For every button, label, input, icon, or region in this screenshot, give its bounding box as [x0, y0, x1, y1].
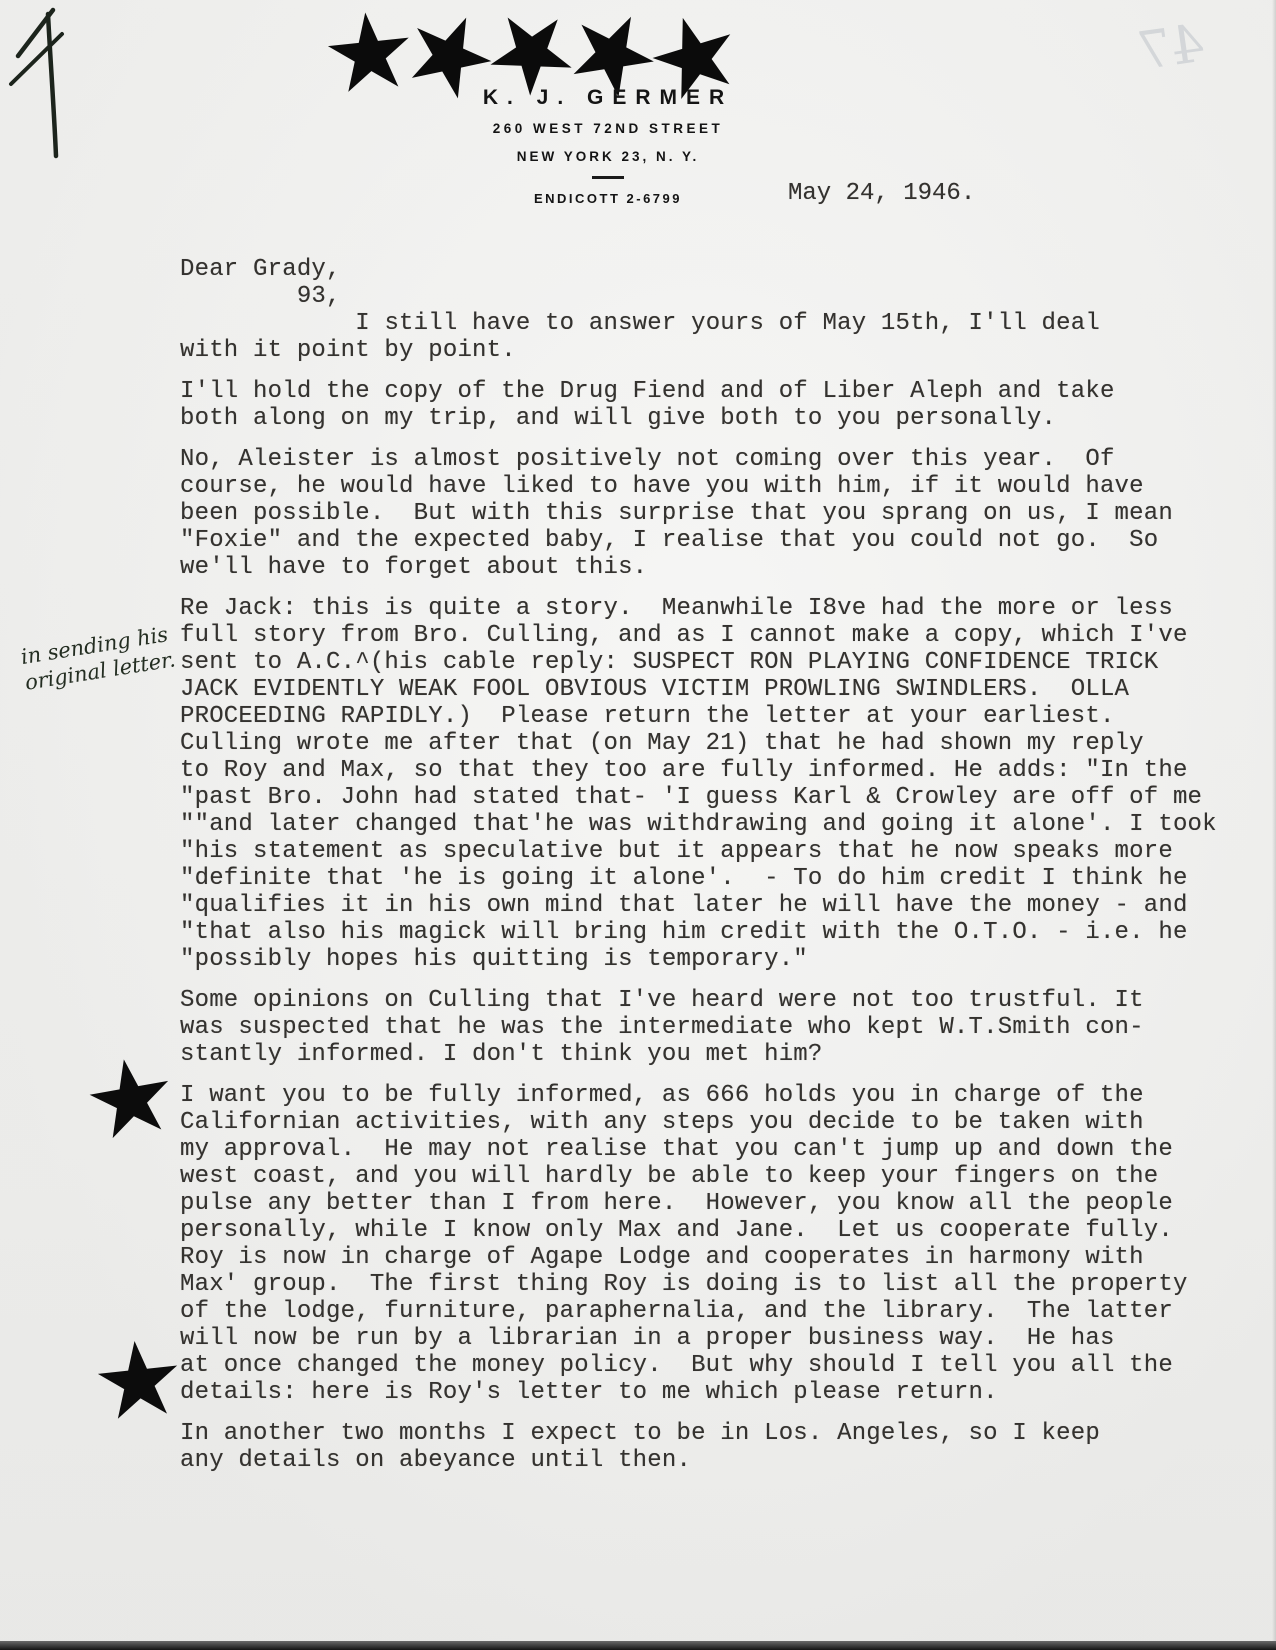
scanned-letter-page: 47 ★ ★ ★ ★ ★ K. J. GERMER 260 WEST 72ND … [0, 0, 1276, 1650]
letter-paragraph-fully-informed: I want you to be fully informed, as 666 … [180, 1082, 1226, 1406]
letterhead-name: K. J. GERMER [0, 86, 1216, 110]
letter-paragraph-los-angeles: In another two months I expect to be in … [180, 1420, 1226, 1474]
letterhead-street: 260 WEST 72ND STREET [0, 121, 1216, 136]
margin-star-icon: ★ [87, 1325, 190, 1434]
letter-paragraph-aleister: No, Aleister is almost positively not co… [180, 446, 1226, 581]
letterhead-city: NEW YORK 23, N. Y. [0, 149, 1216, 164]
letter-date: May 24, 1946. [788, 180, 975, 207]
handwritten-margin-note: in sending his original letter. [19, 616, 205, 696]
letter-paragraph-salutation: Dear Grady, 93, I still have to answer y… [180, 256, 1226, 364]
scan-right-edge [1272, 0, 1276, 1650]
letter-paragraph-drug-fiend: I'll hold the copy of the Drug Fiend and… [180, 378, 1226, 432]
letterhead-phone: ENDICOTT 2-6799 [0, 191, 1216, 206]
scan-bottom-edge [0, 1641, 1276, 1650]
letter-paragraph-re-jack: Re Jack: this is quite a story. Meanwhil… [180, 595, 1226, 973]
letter-paragraph-culling-opinions: Some opinions on Culling that I've heard… [180, 987, 1226, 1068]
letterhead-divider [592, 176, 624, 179]
margin-star-icon: ★ [76, 1041, 185, 1156]
ghost-page-number: 47 [1134, 14, 1208, 83]
letter-body: Dear Grady, 93, I still have to answer y… [180, 256, 1226, 1488]
